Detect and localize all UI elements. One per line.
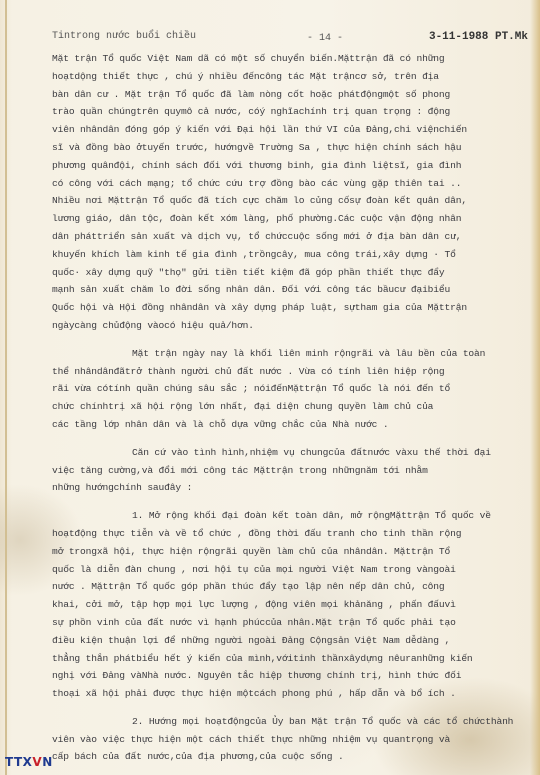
text-line: lương giáo, dân tộc, đoàn kết xóm làng, …	[52, 210, 530, 228]
text-line: 1. Mở rộng khối đại đoàn kết toàn dân, m…	[52, 507, 530, 525]
page-edge-left	[5, 0, 7, 775]
text-line: rãi vừa cótính quần chúng sâu sắc ; nóiđ…	[52, 380, 530, 398]
paragraph: 2. Hướng mọi hoạtđộngcủa Ủy ban Mặt trận…	[52, 713, 530, 766]
text-line: dân pháttriển sản xuất và dịch vụ, tổ ch…	[52, 228, 530, 246]
text-line: 2. Hướng mọi hoạtđộngcủa Ủy ban Mặt trận…	[52, 713, 530, 731]
text-line: sự phồn vinh của đất nước vì hạnh phúccủ…	[52, 614, 530, 632]
text-line: bàn dân cư . Mặt trận Tổ quốc đã làm nòn…	[52, 86, 530, 104]
text-line: chức chínhtrị xã hội rộng lớn nhất, đại …	[52, 398, 530, 416]
text-line: quốc· xây dựng quỹ "thọ" gửi tiền tiết k…	[52, 264, 530, 282]
text-line: mạnh sản xuất chăm lo đời sống nhân dân.…	[52, 281, 530, 299]
logo-text-right: N	[42, 755, 53, 769]
text-line: mở trongxã hội, thực hiện rộngrãi quyền …	[52, 543, 530, 561]
text-line: khai, cởi mở, tập hợp mọi lực lượng , độ…	[52, 596, 530, 614]
text-line: điều kiện thuận lợi để những người ngoài…	[52, 632, 530, 650]
paragraph: 1. Mở rộng khối đại đoàn kết toàn dân, m…	[52, 507, 530, 703]
text-line: những hướngchính sauđây :	[52, 479, 530, 497]
header-date: 3-11-1988 PT.Mk	[429, 31, 528, 43]
ttxvn-logo: TTXVN	[5, 755, 53, 769]
document-body: Mặt trận Tổ quốc Việt Nam dã có một số c…	[52, 50, 530, 766]
paragraph-gap	[52, 703, 530, 713]
paragraph-gap	[52, 335, 530, 345]
text-line: có công với cách mạng; tổ chức cứu trợ đ…	[52, 175, 530, 193]
page-edge-right	[530, 0, 540, 775]
paragraph: Mặt trận Tổ quốc Việt Nam dã có một số c…	[52, 50, 530, 335]
text-line: thoại xã hội phải được thực hiện mộtcách…	[52, 685, 530, 703]
logo-text-left: TTX	[5, 755, 32, 769]
paragraph-gap	[52, 434, 530, 444]
text-line: Nhiều nơi Mặttrận Tổ quốc đã tích cực ch…	[52, 192, 530, 210]
text-line: viên vào việc thực hiện một cách thiết t…	[52, 731, 530, 749]
text-line: sĩ và đồng bào ởtuyến trước, hướngvề Trư…	[52, 139, 530, 157]
paragraph: Mặt trận ngày nay là khối liên minh rộng…	[52, 345, 530, 434]
text-line: khuyến khích làm kinh tế gia đình ,trồng…	[52, 246, 530, 264]
text-line: việc tăng cường,và đổi mới công tác Mặtt…	[52, 462, 530, 480]
text-line: hoạtdộng thiết thực , chú ý nhiều đếncôn…	[52, 68, 530, 86]
text-line: quốc là diễn đàn chung , nơi hội tụ của …	[52, 561, 530, 579]
text-line: Quốc hội và Hội đồng nhândân và xây dựng…	[52, 299, 530, 317]
text-line: cấp bách của đất nước,của địa phương,của…	[52, 748, 530, 766]
text-line: trào quần chúngtrên quymô cả nước, cóý n…	[52, 103, 530, 121]
text-line: Căn cứ vào tình hình,nhiệm vụ chungcủa đ…	[52, 444, 530, 462]
text-line: ngàycàng chủđộng vàocó hiệu quả/hơn.	[52, 317, 530, 335]
text-line: nghị với Đảng vàNhà nước. Nguyên tắc hiệ…	[52, 667, 530, 685]
header-page-number: - 14 -	[307, 33, 343, 44]
text-line: viên nhândân đóng góp ý kiến với Đại hội…	[52, 121, 530, 139]
logo-star-icon: V	[32, 755, 42, 769]
text-line: thẳng thắn phátbiểu hết ý kiến của mình,…	[52, 650, 530, 668]
text-line: Mặt trận ngày nay là khối liên minh rộng…	[52, 345, 530, 363]
text-line: Mặt trận Tổ quốc Việt Nam dã có một số c…	[52, 50, 530, 68]
paragraph-gap	[52, 497, 530, 507]
paragraph: Căn cứ vào tình hình,nhiệm vụ chungcủa đ…	[52, 444, 530, 497]
text-line: các tầng lớp nhân dân và là chỗ dựa vững…	[52, 416, 530, 434]
header-source: Tintrong nước buổi chiều	[52, 31, 196, 42]
text-line: phương quânđội, chính sách đối với thươn…	[52, 157, 530, 175]
page-header: Tintrong nước buổi chiều - 14 - 3-11-198…	[52, 31, 528, 45]
text-line: thể nhândânđãtrở thành người chủ đất nướ…	[52, 363, 530, 381]
text-line: hoạtđộng thực tiễn và về tổ chức , đồng …	[52, 525, 530, 543]
document-page: Tintrong nước buổi chiều - 14 - 3-11-198…	[0, 0, 540, 775]
text-line: nước . Mặttrận Tổ quốc góp phần thúc đẩy…	[52, 578, 530, 596]
